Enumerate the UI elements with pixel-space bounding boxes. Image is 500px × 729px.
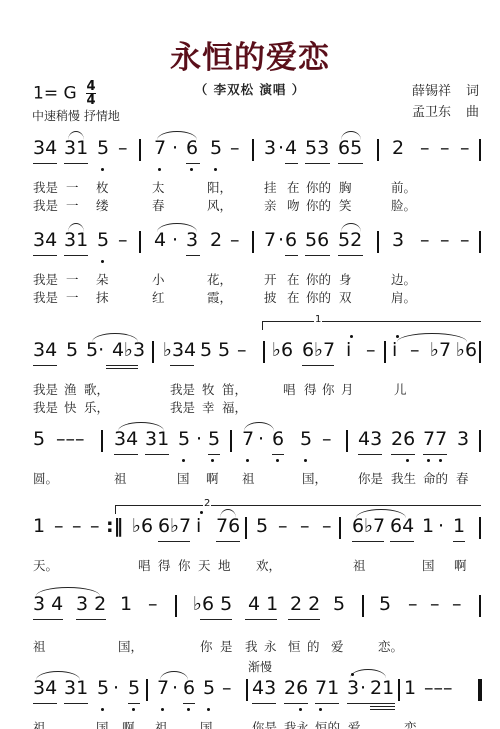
dot: · (113, 677, 119, 699)
note: 3 (347, 677, 359, 699)
lyric: 儿 (394, 380, 407, 398)
note: ♭34 (163, 339, 196, 361)
lyric: 朵 (96, 270, 109, 288)
underline (288, 619, 320, 620)
dash: – (440, 229, 450, 251)
note: 3 (392, 229, 404, 251)
underline (186, 163, 200, 164)
lyric: 恒的 (315, 718, 340, 729)
note: i (346, 339, 351, 361)
lyric: 一 (66, 196, 79, 214)
note: 3 (457, 428, 469, 450)
note: 34 (33, 229, 57, 251)
dash: – (410, 339, 420, 361)
note: 5 (200, 339, 212, 361)
dot: · (172, 137, 178, 159)
barline (245, 517, 247, 539)
lyric: 太 (152, 178, 165, 196)
note: 71 (315, 677, 339, 699)
barline (362, 595, 364, 617)
lyric: 祖 (155, 718, 168, 729)
dot: · (278, 229, 284, 251)
underline (338, 163, 363, 164)
note: 6 (285, 229, 297, 251)
note: 1 (120, 593, 132, 615)
note: 5 (128, 677, 140, 699)
lyric: 霞， (207, 288, 232, 306)
dot: · (172, 229, 178, 251)
lyric: 一 (66, 270, 79, 288)
underline (183, 703, 195, 704)
underline (76, 619, 106, 620)
lyric: 福， (222, 398, 247, 416)
barline (263, 341, 265, 363)
lyric: 我是 (170, 380, 195, 398)
time-signature: 4 4 (86, 80, 96, 107)
lyric: 边。 (391, 270, 416, 288)
note: 5 (333, 593, 345, 615)
slur (157, 223, 197, 232)
note: i (196, 515, 201, 537)
lyric: 国 (177, 469, 190, 487)
lyric: 我是 (33, 178, 58, 196)
underline (106, 365, 138, 366)
lyric: 笑 (339, 196, 352, 214)
lyric: 脸。 (391, 196, 416, 214)
lyric: 抹 (96, 288, 109, 306)
lyric: 你是 (358, 469, 383, 487)
lyric: 祖 (242, 469, 255, 487)
note: 5 (203, 677, 215, 699)
lyric: 我永 (284, 718, 309, 729)
barline (479, 430, 481, 452)
slur (68, 223, 84, 232)
dash: – (148, 593, 158, 615)
barline (384, 341, 386, 363)
note: i (392, 339, 397, 361)
slur (341, 223, 361, 232)
note: 1 (453, 515, 465, 537)
slur (157, 131, 197, 140)
note: 7 (157, 677, 169, 699)
underline (315, 703, 339, 704)
note: 65 (338, 137, 362, 159)
ritardando-mark: 渐慢 (248, 658, 272, 675)
lyric: 花， (207, 270, 232, 288)
dash: – (222, 677, 232, 699)
underline (370, 709, 395, 710)
song-title: 永恒的爱恋 (0, 32, 500, 77)
composer-name: 孟卫东 (412, 101, 451, 120)
dash: – (366, 339, 376, 361)
dash: – (452, 593, 462, 615)
slur (244, 422, 274, 431)
barline (246, 679, 248, 701)
note: 5 (256, 515, 268, 537)
underline (252, 703, 276, 704)
barline (377, 231, 379, 253)
barline (101, 430, 103, 452)
lyric: 一 (66, 288, 79, 306)
dash: – (54, 515, 64, 537)
dash: – (460, 137, 470, 159)
lyric: 永 (264, 637, 277, 655)
note: 6♭7 (302, 339, 335, 361)
lyric: 啊 (206, 469, 219, 487)
barline (346, 430, 348, 452)
note: 31 (64, 229, 88, 251)
note: 6 (186, 137, 198, 159)
lyric: 身 (339, 270, 352, 288)
note: 7 (242, 428, 254, 450)
lyric: 得 (158, 556, 171, 574)
barline (398, 679, 400, 701)
note: 34 (33, 137, 57, 159)
lyric: 歌， (84, 380, 109, 398)
dash: – (300, 515, 310, 537)
note: 3 (264, 137, 276, 159)
note: 3 (186, 229, 198, 251)
note: 6♭7 (158, 515, 191, 537)
lyric: 唱 (138, 556, 151, 574)
lyric: 开 (264, 270, 277, 288)
underline (145, 454, 169, 455)
note: 4 (285, 137, 297, 159)
lyric: 枚 (96, 178, 109, 196)
lyric: 是 (220, 637, 233, 655)
slur (36, 671, 80, 680)
note: 77 (423, 428, 447, 450)
note: 26 (284, 677, 308, 699)
underline (200, 619, 232, 620)
lyric: 我生 (391, 469, 416, 487)
dot: · (258, 428, 264, 450)
lyric: 我是 (33, 288, 58, 306)
dash: – (420, 229, 430, 251)
dot: · (278, 137, 284, 159)
underline (128, 703, 140, 704)
volta-bracket-2 (115, 505, 481, 514)
underline (352, 541, 384, 542)
note: 31 (64, 677, 88, 699)
note: ♭6 5 (193, 593, 232, 615)
lyric: 披 (264, 288, 277, 306)
lyric: 亲 (264, 196, 277, 214)
lyric: 月 (341, 380, 354, 398)
dash: – (72, 515, 82, 537)
lyric: 你 (322, 380, 335, 398)
underline (302, 365, 334, 366)
note: 6 (183, 677, 195, 699)
lyric: 乐， (84, 398, 109, 416)
underline (305, 255, 330, 256)
lyric: 胸 (339, 178, 352, 196)
barline (339, 517, 341, 539)
dash: – (90, 515, 100, 537)
note: 53 (305, 137, 329, 159)
underline (186, 255, 200, 256)
lyric: 笛， (222, 380, 247, 398)
underline (423, 454, 447, 455)
lyric: 你 (178, 556, 191, 574)
lyric: 春 (152, 196, 165, 214)
lyric: 爱 (348, 718, 361, 729)
dash: – (278, 515, 288, 537)
lyric: 小 (152, 270, 165, 288)
lyric: 在 (287, 178, 300, 196)
lyric: 肩。 (391, 288, 416, 306)
underline (284, 703, 308, 704)
tempo-marking: 中速稍慢 抒情地 (32, 107, 120, 124)
lyric: 唱 (283, 380, 296, 398)
note: 7 (154, 137, 166, 159)
barline (479, 139, 481, 161)
slur (68, 131, 84, 140)
lyric: 阳， (207, 178, 232, 196)
lyric: 渔 (64, 380, 77, 398)
note: 52 (338, 229, 362, 251)
dot: · (438, 515, 444, 537)
lyric: 前。 (391, 178, 416, 196)
note: 76 (216, 515, 240, 537)
underline (358, 454, 382, 455)
underline (33, 255, 57, 256)
lyric: 地 (218, 556, 231, 574)
repeat-end-sign: :‖ (106, 515, 123, 537)
key-signature: 1= G 4 4 (33, 80, 96, 107)
note: 2 (392, 137, 404, 159)
barline (152, 341, 154, 363)
lyric: 在 (287, 270, 300, 288)
dash: – (230, 137, 240, 159)
note: 31 (145, 428, 169, 450)
lyric: 啊 (454, 556, 467, 574)
note: 1 (33, 515, 45, 537)
lyric: 爱 (331, 637, 344, 655)
note: 4 (154, 229, 166, 251)
slur (118, 422, 164, 431)
note: 56 (305, 229, 329, 251)
note: 5 (97, 677, 109, 699)
barline (139, 139, 141, 161)
dash: – (118, 229, 128, 251)
lyric: 你 (200, 637, 213, 655)
note: 34 (33, 677, 57, 699)
final-barline (478, 679, 482, 701)
lyric: 天。 (33, 556, 58, 574)
lyric: 我是 (33, 398, 58, 416)
slur (92, 333, 138, 342)
dot: · (360, 677, 366, 699)
underline (158, 541, 190, 542)
note: 4 (112, 339, 124, 361)
note: ♭6 (132, 515, 153, 537)
barline (479, 231, 481, 253)
underline (305, 163, 330, 164)
note: 1 (422, 515, 434, 537)
lyric: 国， (200, 718, 225, 729)
note: 21 (370, 677, 394, 699)
lyric: 快 (64, 398, 77, 416)
note: ♭6 (272, 339, 293, 361)
underline (33, 703, 57, 704)
lyric: 欢， (256, 556, 281, 574)
underline (453, 541, 465, 542)
dash: – (322, 428, 332, 450)
underline (347, 703, 395, 704)
note: 64 (390, 515, 414, 537)
barline (252, 231, 254, 253)
note: 5· (86, 339, 104, 361)
note: 5 (300, 428, 312, 450)
lyric: 你的 (306, 178, 331, 196)
underline (114, 454, 138, 455)
dash: – (460, 229, 470, 251)
barline (230, 430, 232, 452)
underline (106, 368, 138, 369)
lyric: 你是 (252, 718, 277, 729)
dot: · (172, 677, 178, 699)
lyric: 幸 (202, 398, 215, 416)
note: 4 1 (248, 593, 278, 615)
lyric: 国 (422, 556, 435, 574)
note: 26 (391, 428, 415, 450)
note: 6♭7 (352, 515, 385, 537)
lyric: 祖 (33, 637, 46, 655)
barline (479, 595, 481, 617)
volta-number: 1 (314, 314, 322, 325)
lyric: 圆。 (33, 469, 58, 487)
lyric: 风， (207, 196, 232, 214)
note: 5 (208, 428, 220, 450)
note: 5 (210, 137, 222, 159)
lyric: 国 (96, 718, 109, 729)
lyric: 我是 (33, 270, 58, 288)
lyric: 我 (245, 637, 258, 655)
note: 6 (272, 428, 284, 450)
lyric: 我是 (33, 380, 58, 398)
slur (341, 131, 361, 140)
lyric: 的 (307, 637, 320, 655)
underline (285, 163, 298, 164)
dash: – (420, 137, 430, 159)
note: 5 (97, 229, 109, 251)
lyric: 牧 (202, 380, 215, 398)
dash: ––– (56, 428, 85, 450)
dash: – (430, 593, 440, 615)
note: ♭7 (430, 339, 451, 361)
note: 43 (358, 428, 382, 450)
volta-bracket-1 (262, 321, 481, 330)
key-label: 1= G (33, 84, 77, 104)
lyric: 缕 (96, 196, 109, 214)
composer-role: 曲 (466, 101, 479, 120)
slur (397, 333, 467, 342)
barline (377, 139, 379, 161)
note: 5 (66, 339, 78, 361)
note: 5 (379, 593, 391, 615)
lyric: 吻 (287, 196, 300, 214)
underline (245, 619, 277, 620)
dash: – (322, 515, 332, 537)
slur (160, 671, 188, 680)
lyric: 祖 (114, 469, 127, 487)
underline (285, 255, 298, 256)
note: 31 (64, 137, 88, 159)
underline (370, 706, 395, 707)
note: 2 2 (290, 593, 320, 615)
dash: – (118, 137, 128, 159)
lyric: 我是 (33, 196, 58, 214)
note: 3 2 (76, 593, 106, 615)
lyric: 国， (302, 469, 327, 487)
lyric: 双 (339, 288, 352, 306)
lyric: 命的 (423, 469, 448, 487)
barline (146, 679, 148, 701)
lyric: 挂 (264, 178, 277, 196)
lyric: 我是 (170, 398, 195, 416)
lyric: 天 (198, 556, 211, 574)
dash: – (408, 593, 418, 615)
underline (33, 163, 57, 164)
lyric: 春 (456, 469, 469, 487)
note: ♭3 (124, 339, 145, 361)
underline (64, 703, 88, 704)
note: 1 (404, 677, 416, 699)
dash: – (237, 339, 247, 361)
volta-number: 2 (203, 498, 211, 509)
lyric: 恋。 (378, 637, 403, 655)
note: 2 (210, 229, 222, 251)
note: 5 (178, 428, 190, 450)
lyric: 恒 (288, 637, 301, 655)
dot: · (196, 428, 202, 450)
underline (272, 454, 284, 455)
note: 43 (252, 677, 276, 699)
barline (479, 517, 481, 539)
dash: ––– (424, 677, 453, 699)
barline (479, 341, 481, 363)
barline (139, 231, 141, 253)
underline (64, 163, 88, 164)
underline (338, 255, 363, 256)
lyric: 祖 (33, 718, 46, 729)
underline (216, 541, 240, 542)
lyric: 你的 (306, 270, 331, 288)
underline (390, 541, 414, 542)
underline (208, 454, 220, 455)
underline (33, 619, 63, 620)
lyric: 你的 (306, 288, 331, 306)
note: 3 4 (33, 593, 63, 615)
barline (252, 139, 254, 161)
lyric: 得 (304, 380, 317, 398)
lyricist-name: 薛锡祥 (412, 80, 451, 99)
note: 5 (33, 428, 45, 450)
lyric: 祖 (353, 556, 366, 574)
lyric: 恋。 (404, 718, 429, 729)
lyric: 在 (287, 288, 300, 306)
note: 7 (264, 229, 276, 251)
barline (175, 595, 177, 617)
slur (36, 587, 100, 596)
note: 34 (114, 428, 138, 450)
lyric: 红 (152, 288, 165, 306)
underline (170, 365, 194, 366)
note: 5 (218, 339, 230, 361)
note: 5 (97, 137, 109, 159)
lyric: 国， (118, 637, 143, 655)
